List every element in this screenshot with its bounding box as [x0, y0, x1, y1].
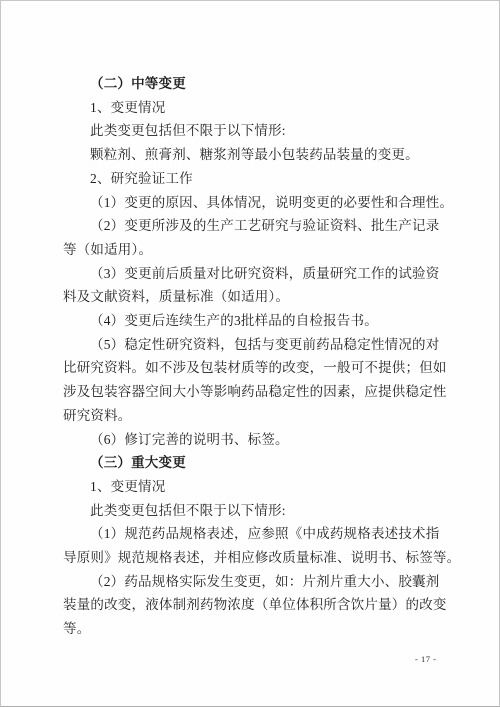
section-heading-moderate-change: （二）中等变更: [63, 72, 445, 96]
text-line: 此类变更包括但不限于以下情形:: [63, 119, 445, 143]
text-line: 装量的改变，液体制剂药物浓度（单位体积所含饮片量）的改变: [63, 593, 445, 617]
text-line: 等（如适用）。: [63, 238, 445, 262]
text-line: （4）变更后连续生产的3批样品的自检报告书。: [63, 309, 445, 333]
text-line: （6）修订完善的说明书、标签。: [63, 428, 445, 452]
text-line: 导原则》规范规格表述，并相应修改质量标准、说明书、标签等。: [63, 546, 445, 570]
text-line: 1、变更情况: [63, 96, 445, 120]
text-line: （1）规范药品规格表述，应参照《中成药规格表述技术指: [63, 522, 445, 546]
text-line: 1、变更情况: [63, 475, 445, 499]
text-line: 2、研究验证工作: [63, 167, 445, 191]
text-line: 此类变更包括但不限于以下情形:: [63, 499, 445, 523]
text-line: （2）变更所涉及的生产工艺研究与验证资料、批生产记录: [63, 214, 445, 238]
text-line: （5）稳定性研究资料，包括与变更前药品稳定性情况的对: [63, 333, 445, 357]
text-line: （3）变更前后质量对比研究资料，质量研究工作的试验资: [63, 262, 445, 286]
text-line: 等。: [63, 617, 445, 641]
text-block: （二）中等变更 1、变更情况 此类变更包括但不限于以下情形: 颗粒剂、煎膏剂、糖…: [63, 72, 445, 641]
text-line: （2）药品规格实际发生变更，如：片剂片重大小、胶囊剂: [63, 570, 445, 594]
text-line: 研究资料。: [63, 404, 445, 428]
text-line: 涉及包装容器空间大小等影响药品稳定性的因素，应提供稳定性: [63, 380, 445, 404]
page-number: - 17 -: [415, 654, 436, 664]
document-page: （二）中等变更 1、变更情况 此类变更包括但不限于以下情形: 颗粒剂、煎膏剂、糖…: [0, 0, 500, 707]
section-heading-major-change: （三）重大变更: [63, 451, 445, 475]
text-line: （1）变更的原因、具体情况，说明变更的必要性和合理性。: [63, 191, 445, 215]
text-line: 比研究资料。如不涉及包装材质等的改变，一般可不提供；但如: [63, 356, 445, 380]
text-line: 颗粒剂、煎膏剂、糖浆剂等最小包装药品装量的变更。: [63, 143, 445, 167]
text-line: 料及文献资料，质量标准（如适用）。: [63, 285, 445, 309]
